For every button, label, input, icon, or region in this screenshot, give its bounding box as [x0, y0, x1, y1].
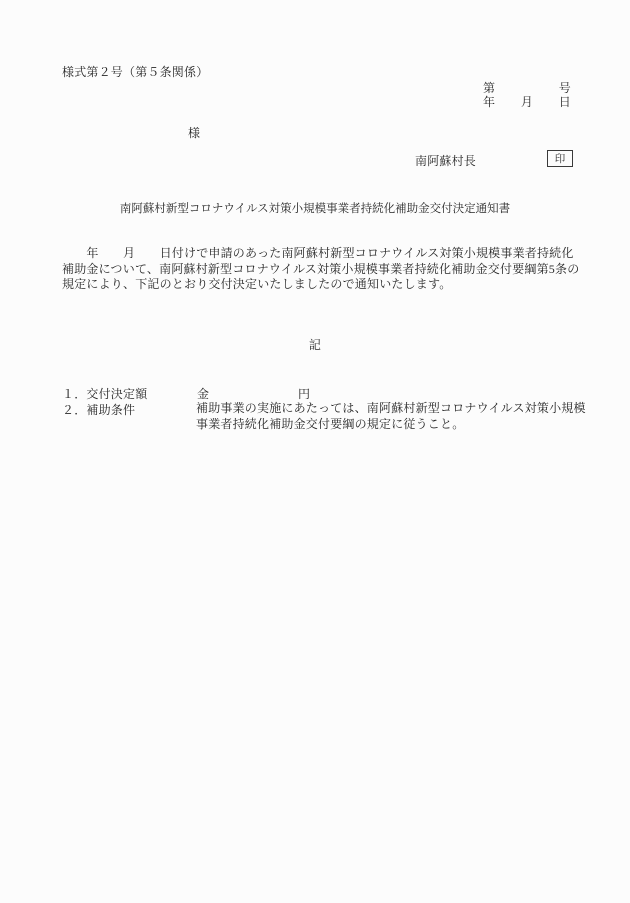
item-1-amount-prefix: 金 [197, 385, 209, 402]
item-2-description: 補助事業の実施にあたっては、南阿蘇村新型コロナウイルス対策小規模事業者持続化補助… [196, 401, 589, 433]
record-marker: 記 [0, 336, 630, 353]
item-2-label-text: 補助条件 [86, 403, 135, 417]
date-year-label: 年 [483, 93, 495, 110]
item-1-amount-unit: 円 [298, 385, 310, 402]
item-1-label: １．交付決定額 [62, 385, 147, 402]
date-day-label: 日 [559, 93, 571, 110]
date-line: 年 月 日 [483, 93, 571, 110]
seal-stamp-box: 印 [547, 150, 573, 167]
form-number: 様式第２号（第５条関係） [62, 63, 208, 80]
date-month-label: 月 [521, 93, 533, 110]
item-2-label: ２．補助条件 [62, 401, 135, 418]
item-2-number: ２． [62, 403, 86, 417]
document-title: 南阿蘇村新型コロナウイルス対策小規模事業者持続化補助金交付決定通知書 [0, 200, 630, 216]
document-page: 様式第２号（第５条関係） 第 号 年 月 日 様 南阿蘇村長 印 南阿蘇村新型コ… [0, 0, 630, 903]
seal-stamp-label: 印 [555, 151, 566, 166]
addressee-honorific: 様 [188, 124, 200, 141]
body-paragraph: 年 月 日付けで申請のあった南阿蘇村新型コロナウイルス対策小規模事業者持続化補助… [62, 246, 583, 293]
item-1-number: １． [62, 387, 86, 401]
item-1-label-text: 交付決定額 [86, 387, 147, 401]
issuer-title: 南阿蘇村長 [415, 152, 476, 169]
